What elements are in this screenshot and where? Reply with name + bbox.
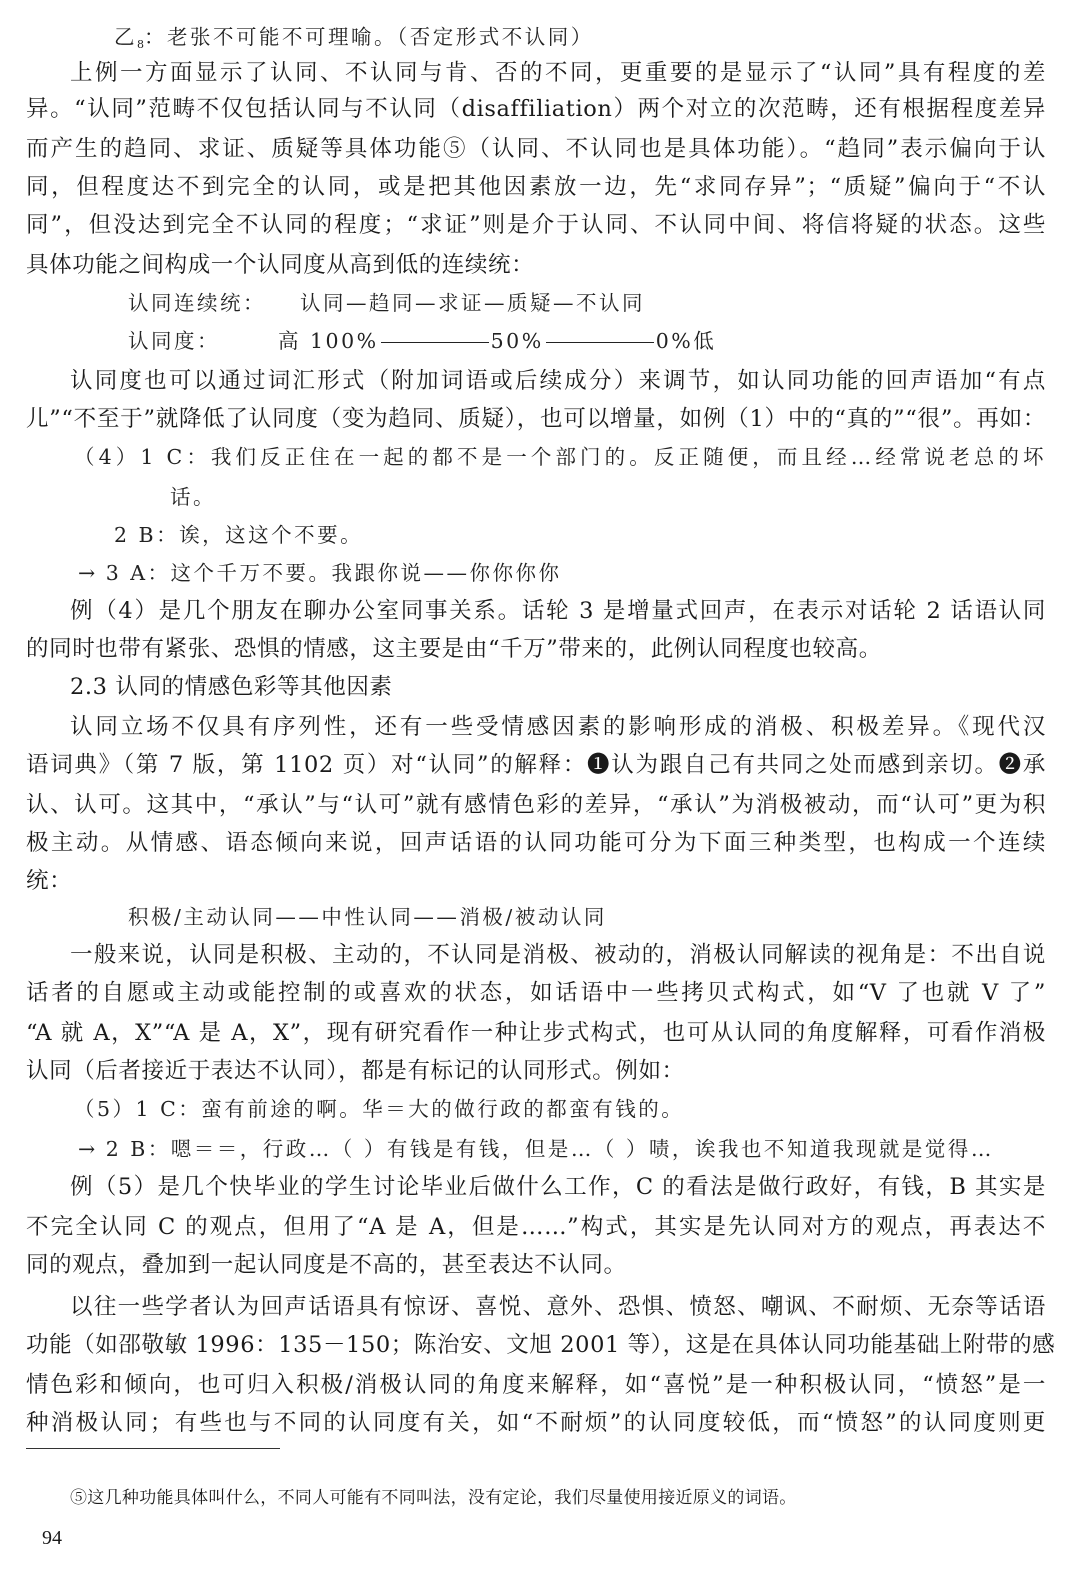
- continuum-value: 认同—趋同—求证—质疑—不认同: [300, 291, 645, 315]
- example-text: 3 A：这个千万不要。我跟你说——你你你你: [106, 561, 562, 585]
- degree-low: 0%低: [656, 329, 717, 353]
- paragraph-line: 不完全认同 C 的观点，但用了“A 是 A，但是……”构式，其实是先认同对方的观…: [26, 1212, 1046, 1242]
- example-line: （4）1 C：我们反正住在一起的都不是一个部门的。反正随便，而且经…经常说老总的…: [74, 442, 1046, 472]
- paragraph-line: 上例一方面显示了认同、不认同与肯、否的不同，更重要的是显示了“认同”具有程度的差: [70, 58, 1046, 88]
- continuum-row: 认同连续统：认同—趋同—求证—质疑—不认同: [128, 288, 1080, 318]
- paragraph-line: 认同立场不仅具有序列性，还有一些受情感因素的影响形成的消极、积极差异。《现代汉: [70, 712, 1046, 742]
- paragraph-line: 话者的自愿或主动或能控制的或喜欢的状态，如话语中一些拷贝式构式，如“V 了也就 …: [26, 978, 1046, 1008]
- degree-label: 认同度：: [128, 326, 278, 356]
- paragraph-line: 以往一些学者认为回声话语具有惊讶、喜悦、意外、恐惧、愤怒、嘲讽、不耐烦、无奈等话…: [70, 1292, 1046, 1322]
- paragraph-line: 具体功能之间构成一个认同度从高到低的连续统：: [26, 250, 1046, 280]
- emotion-continuum: 积极/主动认同——中性认同——消极/被动认同: [128, 902, 1080, 932]
- paragraph-line: 一般来说，认同是积极、主动的，不认同是消极、被动的，消极认同解读的视角是：不出自…: [70, 940, 1046, 970]
- paragraph-line: 认同度也可以通过词汇形式（附加词语或后续成分）来调节，如认同功能的回声语加“有点: [70, 366, 1046, 396]
- paragraph-line: 极主动。从情感、语态倾向来说，回声话语的认同功能可分为下面三种类型，也构成一个连…: [26, 828, 1046, 858]
- paragraph-line: 同，但程度达不到完全的认同，或是把其他因素放一边，先“求同存异”；“质疑”偏向于…: [26, 172, 1046, 202]
- degree-high: 高 100%: [278, 329, 379, 353]
- paragraph-line: 同”，但没达到完全不认同的程度；“求证”则是介于认同、不认同中间、将信将疑的状态…: [26, 210, 1046, 240]
- degree-line: [381, 342, 489, 343]
- speaker-subscript: 8: [137, 38, 144, 51]
- section-heading: 2.3 认同的情感色彩等其他因素: [70, 672, 1080, 702]
- arrow-right-icon: →: [78, 1134, 98, 1164]
- example-line: 2 B：诶，这这个不要。: [114, 520, 1080, 550]
- document-page: 乙8：老张不可能不可理喻。（否定形式不认同） 上例一方面显示了认同、不认同与肯、…: [0, 0, 1080, 1583]
- footnote-divider: [26, 1448, 280, 1449]
- example-line-focus: →2 B：嗯＝＝，行政…（ ）有钱是有钱，但是…（ ）啧，诶我也不知道我现就是觉…: [78, 1134, 1080, 1164]
- example-text: ：老张不可能不可理喻。（否定形式不认同）: [144, 25, 594, 49]
- paragraph-line: 儿”“不至于”就降低了认同度（变为趋同、质疑），也可以增量，如例（1）中的“真的…: [26, 404, 1046, 434]
- paragraph-line: 情色彩和倾向，也可归入积极/消极认同的角度来解释，如“喜悦”是一种积极认同，“愤…: [26, 1370, 1046, 1400]
- footnote: ⑤这几种功能具体叫什么，不同人可能有不同叫法，没有定论，我们尽量使用接近原义的词…: [70, 1486, 797, 1510]
- paragraph-line: 统：: [26, 866, 1046, 896]
- paragraph-line: 种消极认同；有些也与不同的认同度有关，如“不耐烦”的认同度较低，而“愤怒”的认同…: [26, 1408, 1046, 1438]
- paragraph-line: 例（5）是几个快毕业的学生讨论毕业后做什么工作，C 的看法是做行政好，有钱，B …: [70, 1172, 1046, 1202]
- degree-mid: 50%: [491, 329, 544, 353]
- degree-line: [546, 342, 654, 343]
- paragraph-line: 同的观点，叠加到一起认同度是不高的，甚至表达不认同。: [26, 1250, 1046, 1280]
- paragraph-line: 例（4）是几个朋友在聊办公室同事关系。话轮 3 是增量式回声，在表示对话轮 2 …: [70, 596, 1046, 626]
- paragraph-line: 功能（如邵敬敏 1996：135－150；陈治安、文旭 2001 等），这是在具…: [26, 1330, 1046, 1360]
- page-number: 94: [42, 1524, 62, 1552]
- example-line-focus: →3 A：这个千万不要。我跟你说——你你你你: [78, 558, 1080, 588]
- continuum-label: 认同连续统：: [128, 288, 300, 318]
- paragraph-line: 异。“认同”范畴不仅包括认同与不认同（disaffiliation）两个对立的次…: [26, 94, 1046, 124]
- example-line-negative: 乙8：老张不可能不可理喻。（否定形式不认同）: [114, 22, 1080, 60]
- example-line: （5）1 C：蛮有前途的啊。华＝大的做行政的都蛮有钱的。: [74, 1094, 1080, 1124]
- example-text: 2 B：嗯＝＝，行政…（ ）有钱是有钱，但是…（ ）啧，诶我也不知道我现就是觉得…: [106, 1137, 994, 1161]
- affiliation-degree-row: 认同度：高 100%50%0%低: [128, 326, 1080, 356]
- speaker-label: 乙: [114, 25, 137, 49]
- paragraph-line: 语词典》（第 7 版，第 1102 页）对“认同”的解释：❶认为跟自己有共同之处…: [26, 750, 1046, 780]
- paragraph-line: 认同（后者接近于表达不认同），都是有标记的认同形式。例如：: [26, 1056, 1046, 1086]
- paragraph-line: 的同时也带有紧张、恐惧的情感，这主要是由“千万”带来的，此例认同程度也较高。: [26, 634, 1046, 664]
- arrow-right-icon: →: [78, 558, 98, 588]
- paragraph-line: “A 就 A，X”“A 是 A，X”，现有研究看作一种让步式构式，也可从认同的角…: [26, 1018, 1046, 1048]
- paragraph-line: 认、认可。这其中，“承认”与“认可”就有感情色彩的差异，“承认”为消极被动，而“…: [26, 790, 1046, 820]
- example-line: 话。: [170, 482, 1080, 512]
- paragraph-line: 而产生的趋同、求证、质疑等具体功能⑤（认同、不认同也是具体功能）。“趋同”表示偏…: [26, 134, 1046, 164]
